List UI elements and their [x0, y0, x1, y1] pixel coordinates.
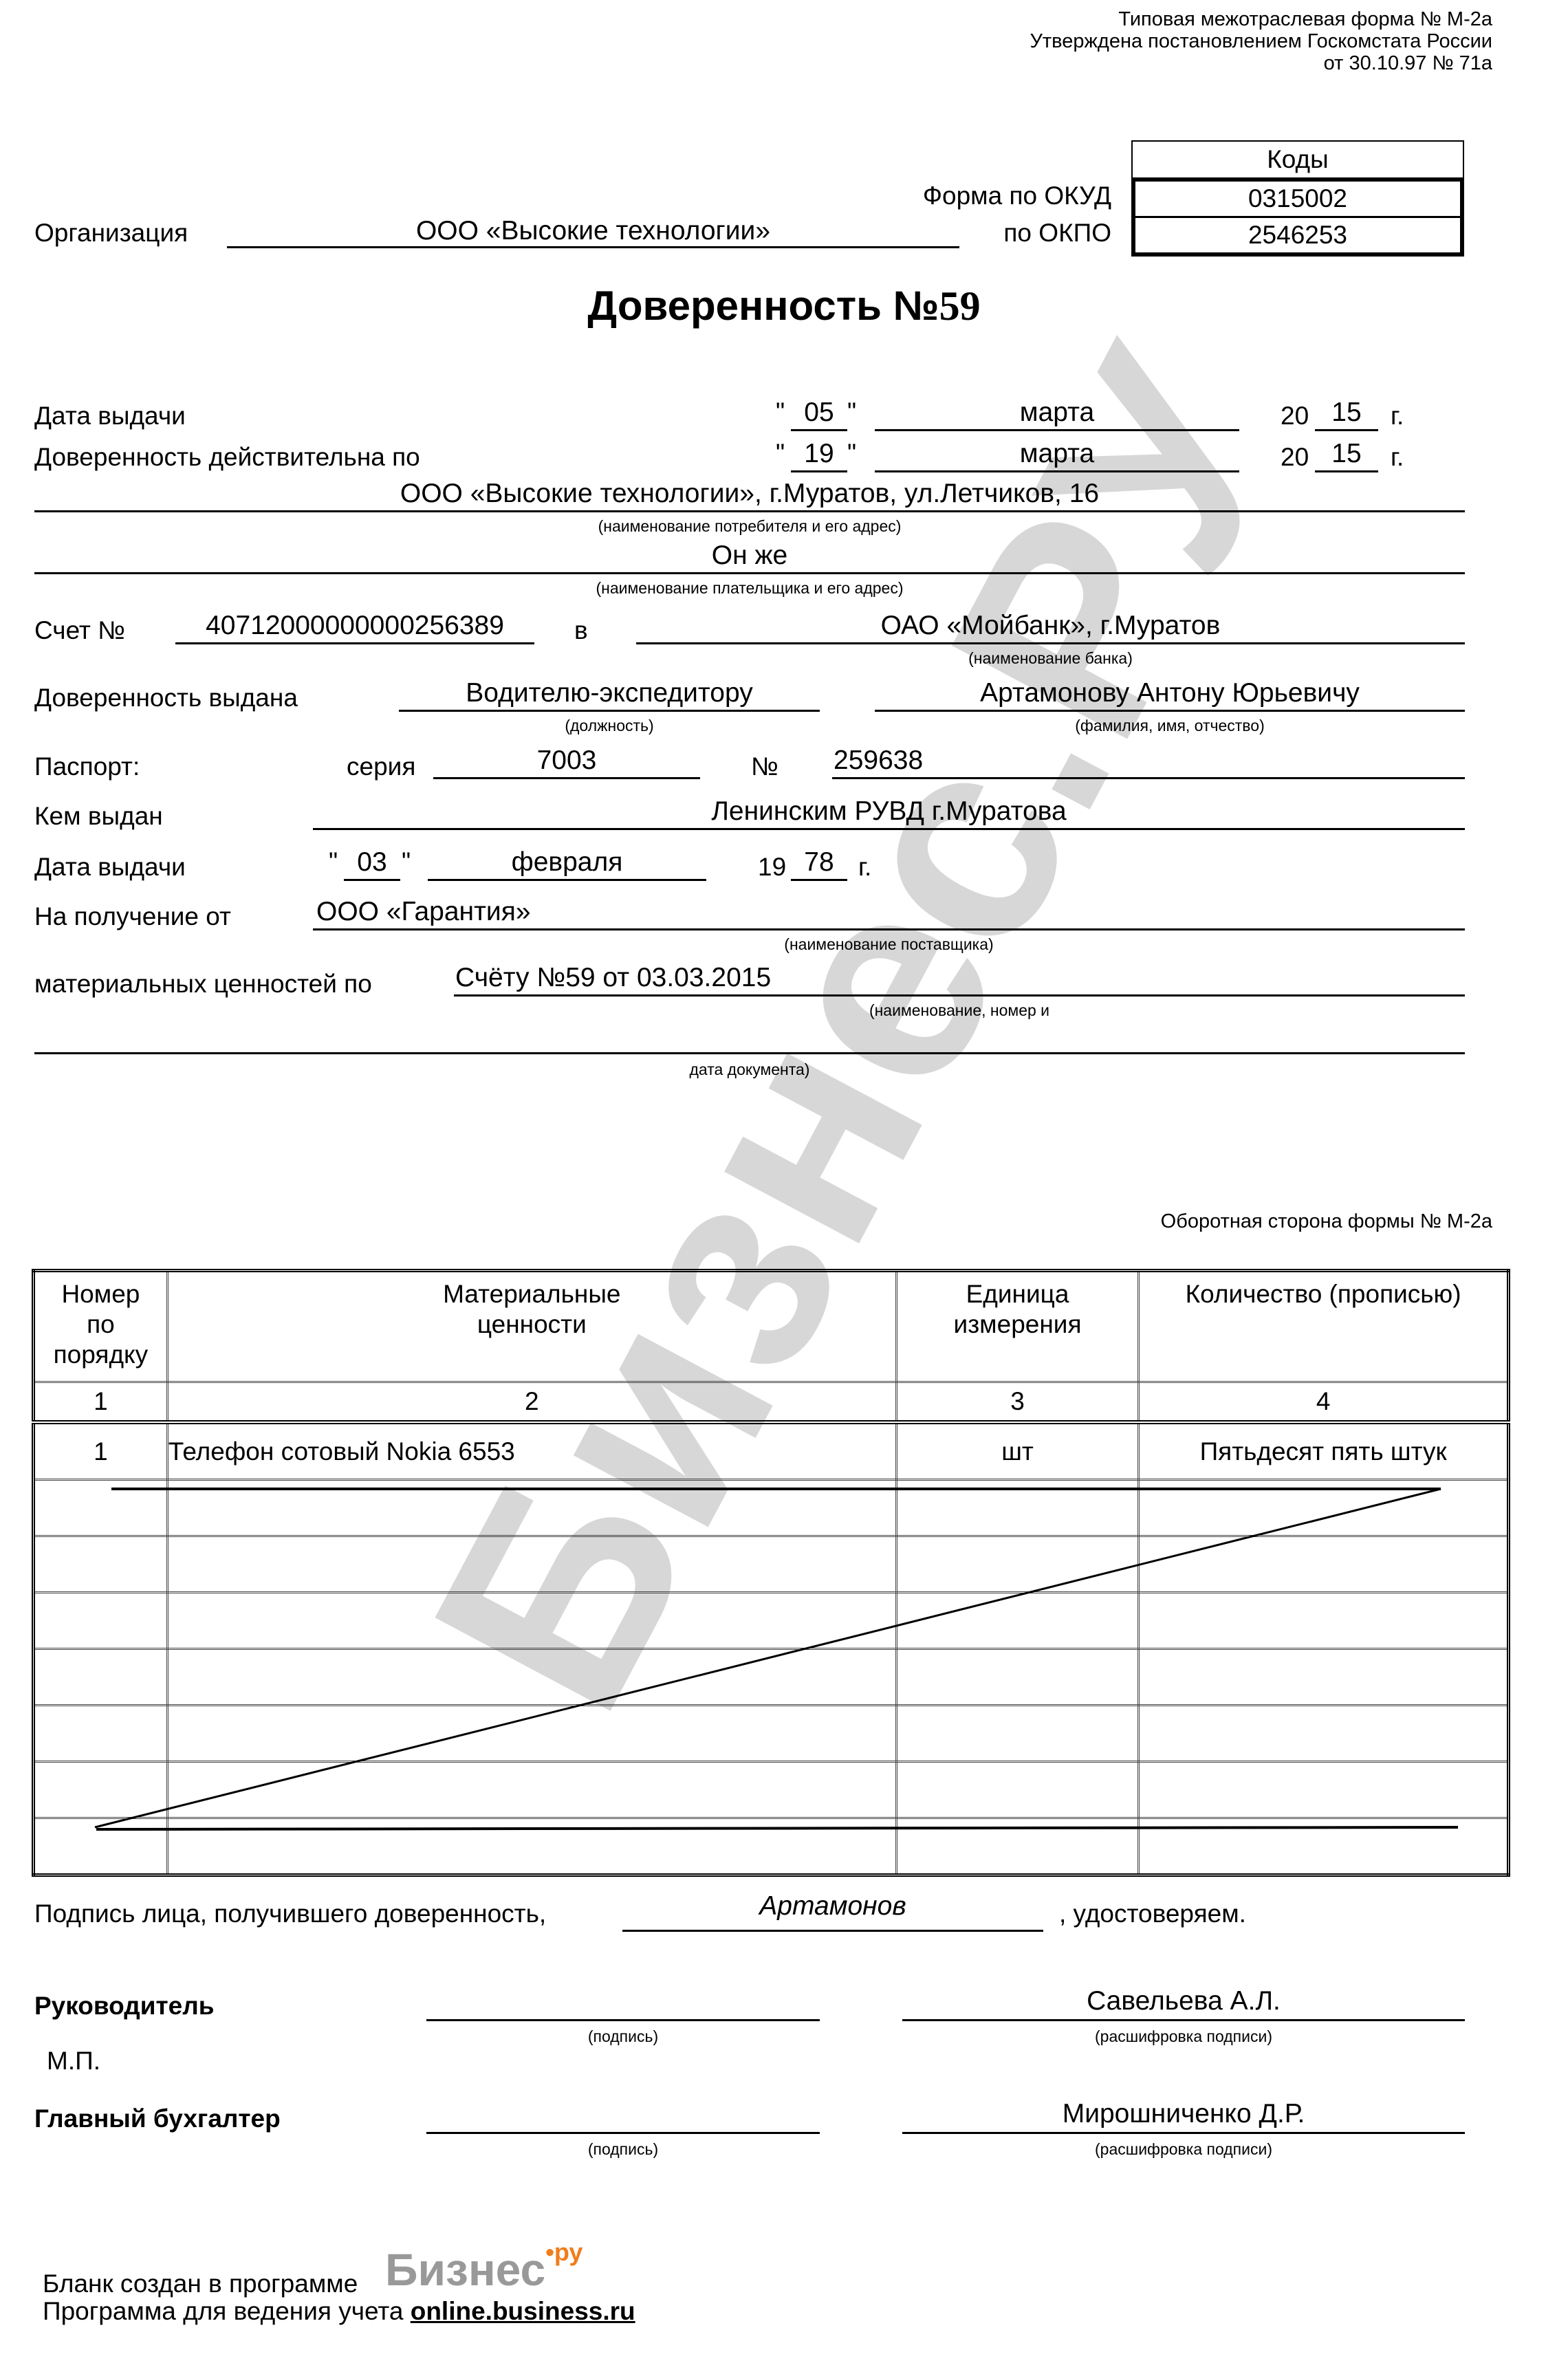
- issued-to-label: Доверенность выдана: [34, 684, 298, 712]
- table-cell: [167, 1818, 896, 1875]
- codes-title: Коды: [1131, 140, 1464, 177]
- table-header-cell: Количество (прописью): [1139, 1271, 1509, 1382]
- passport-year-unit: г.: [858, 853, 871, 882]
- organization-value: ООО «Высокие технологии»: [227, 216, 959, 246]
- certify-text: , удостоверяем.: [1059, 1899, 1246, 1928]
- issue-year: 15: [1315, 398, 1378, 428]
- column-number: 1: [34, 1382, 168, 1423]
- passport-year: 78: [791, 847, 847, 878]
- form-header-line3: от 30.10.97 № 71а: [1324, 52, 1492, 75]
- column-number: 4: [1139, 1382, 1509, 1423]
- table-cell: [167, 1593, 896, 1649]
- basis-underline: [454, 994, 1465, 997]
- issue-year-underline: [1315, 429, 1378, 431]
- table-cell: [1139, 1536, 1509, 1593]
- issued-by-label: Кем выдан: [34, 802, 163, 831]
- valid-day: 19: [791, 439, 847, 469]
- table-cell: Телефон сотовый Nokia 6553: [167, 1422, 896, 1480]
- valid-year-underline: [1315, 470, 1378, 472]
- payer-caption: (наименование плательщика и его адрес): [34, 579, 1465, 598]
- document-title: Доверенность №59: [0, 282, 1568, 330]
- director-name: Савельева А.Л.: [902, 1986, 1465, 2016]
- footer-line2: Программа для ведения учета online.busin…: [43, 2297, 635, 2326]
- consumer-value: ООО «Высокие технологии», г.Муратов, ул.…: [34, 479, 1465, 509]
- basis-label: материальных ценностей по: [34, 970, 372, 999]
- accountant-name-underline: [902, 2132, 1465, 2134]
- issued-by-underline: [313, 828, 1465, 830]
- issue-month: марта: [875, 398, 1239, 428]
- director-label: Руководитель: [34, 1992, 214, 2021]
- valid-year-unit: г.: [1391, 443, 1404, 472]
- table-row: [34, 1593, 1509, 1649]
- organization-label: Организация: [34, 219, 188, 248]
- accountant-name: Мирошниченко Д.Р.: [902, 2099, 1465, 2129]
- table-cell: шт: [896, 1422, 1138, 1480]
- stamp-label: М.П.: [47, 2047, 100, 2076]
- table-cell: [34, 1593, 168, 1649]
- codes-box: Коды 0315002 2546253: [1131, 140, 1464, 257]
- valid-year: 15: [1315, 439, 1378, 469]
- position-underline: [399, 710, 820, 712]
- table-cell: [896, 1536, 1138, 1593]
- recipient-signature: Артамонов: [622, 1891, 1043, 1921]
- table-header-row: НомерпопорядкуМатериальныеценностиЕдиниц…: [34, 1271, 1509, 1382]
- passport-year-underline: [791, 879, 847, 881]
- table-cell: [1139, 1818, 1509, 1875]
- table-row: [34, 1818, 1509, 1875]
- valid-month: марта: [875, 439, 1239, 469]
- recipient-name: Артамонову Антону Юрьевичу: [875, 678, 1465, 708]
- table-cell: [1139, 1706, 1509, 1762]
- passport-year-prefix: 19: [758, 853, 786, 882]
- valid-day-underline: [791, 470, 847, 472]
- payer-underline: [34, 572, 1465, 574]
- table-cell: [1139, 1649, 1509, 1706]
- account-underline: [175, 642, 534, 644]
- table-row: [34, 1480, 1509, 1536]
- table-cell: [896, 1706, 1138, 1762]
- director-signature-line: [426, 2019, 820, 2021]
- table-cell: [34, 1649, 168, 1706]
- table-cell: [34, 1706, 168, 1762]
- account-value: 40712000000000256389: [175, 611, 534, 641]
- okpo-label: по ОКПО: [1003, 219, 1111, 248]
- document-number: 59: [939, 283, 981, 329]
- passport-number-label: №: [751, 752, 778, 781]
- bank-caption: (наименование банка): [636, 649, 1465, 668]
- valid-month-underline: [875, 470, 1239, 472]
- passport-day-underline: [344, 879, 400, 881]
- passport-series-label: серия: [347, 752, 415, 781]
- table-cell: [34, 1536, 168, 1593]
- bank-value: ОАО «Мойбанк», г.Муратов: [636, 611, 1465, 641]
- passport-day: 03: [344, 847, 400, 878]
- valid-year-prefix: 20: [1281, 443, 1309, 472]
- business-ru-logo: Бизнес•ру: [385, 2243, 582, 2296]
- table-cell: [167, 1649, 896, 1706]
- table-cell: [1139, 1762, 1509, 1818]
- issue-day: 05: [791, 398, 847, 428]
- accountant-sign-caption: (подпись): [426, 2140, 820, 2159]
- passport-series-underline: [433, 777, 700, 779]
- supplier-label: На получение от: [34, 902, 231, 931]
- supplier-underline: [313, 928, 1465, 930]
- recipient-signature-label: Подпись лица, получившего доверенность,: [34, 1899, 546, 1928]
- recipient-name-caption: (фамилия, имя, отчество): [875, 717, 1465, 735]
- table-row: [34, 1762, 1509, 1818]
- table-cell: [1139, 1593, 1509, 1649]
- table-cell: [167, 1480, 896, 1536]
- okpo-value: 2546253: [1135, 216, 1460, 252]
- position-value: Водителю-экспедитору: [399, 678, 820, 708]
- table-cell: [34, 1818, 168, 1875]
- column-number: 2: [167, 1382, 896, 1423]
- form-header-line2: Утверждена постановлением Госкомстата Ро…: [1030, 30, 1492, 53]
- table-header-cell: Номерпопорядку: [34, 1271, 168, 1382]
- table-cell: Пятьдесят пять штук: [1139, 1422, 1509, 1480]
- director-sign-caption: (подпись): [426, 2027, 820, 2046]
- director-name-underline: [902, 2019, 1465, 2021]
- issue-day-underline: [791, 429, 847, 431]
- issue-date-label: Дата выдачи: [34, 402, 186, 431]
- basis-value: Счёту №59 от 03.03.2015: [455, 963, 771, 993]
- accountant-label: Главный бухгалтер: [34, 2104, 281, 2133]
- basis-caption-2: дата документа): [34, 1060, 1465, 1079]
- footer-link[interactable]: online.business.ru: [411, 2297, 635, 2325]
- recipient-signature-underline: [622, 1930, 1043, 1932]
- table-cell: [34, 1762, 168, 1818]
- issue-year-prefix: 20: [1281, 402, 1309, 431]
- basis-underline-2: [34, 1052, 1465, 1054]
- table-cell: [896, 1762, 1138, 1818]
- table-row: [34, 1649, 1509, 1706]
- passport-month: февраля: [428, 847, 706, 878]
- organization-underline: [227, 246, 959, 248]
- okud-label: Форма по ОКУД: [923, 182, 1111, 210]
- items-table: НомерпопорядкуМатериальныеценностиЕдиниц…: [32, 1269, 1510, 1877]
- accountant-decode-caption: (расшифровка подписи): [902, 2140, 1465, 2159]
- passport-number: 259638: [834, 745, 923, 776]
- table-cell: [896, 1480, 1138, 1536]
- reverse-side-label: Оборотная сторона формы № М-2а: [1161, 1210, 1492, 1233]
- passport-series: 7003: [433, 745, 700, 776]
- basis-caption-1: (наименование, номер и: [454, 1001, 1465, 1020]
- passport-label: Паспорт:: [34, 752, 140, 781]
- issue-month-underline: [875, 429, 1239, 431]
- table-cell: [1139, 1480, 1509, 1536]
- table-cell: [896, 1818, 1138, 1875]
- table-column-numbers: 1234: [34, 1382, 1509, 1423]
- table-cell: [896, 1593, 1138, 1649]
- supplier-value: ООО «Гарантия»: [316, 897, 531, 927]
- consumer-caption: (наименование потребителя и его адрес): [34, 517, 1465, 536]
- valid-until-label: Доверенность действительна по: [34, 443, 420, 472]
- okud-value: 0315002: [1135, 182, 1460, 216]
- account-in-label: в: [574, 616, 588, 645]
- table-cell: [167, 1762, 896, 1818]
- table-cell: 1: [34, 1422, 168, 1480]
- payer-value: Он же: [34, 541, 1465, 571]
- issue-year-unit: г.: [1391, 402, 1404, 431]
- account-label: Счет №: [34, 616, 125, 645]
- table-header-cell: Единицаизмерения: [896, 1271, 1138, 1382]
- table-cell: [34, 1480, 168, 1536]
- table-row: 1Телефон сотовый Nokia 6553штПятьдесят п…: [34, 1422, 1509, 1480]
- table-cell: [896, 1649, 1138, 1706]
- issued-by-value: Ленинским РУВД г.Муратова: [313, 796, 1465, 827]
- footer-line1: Бланк создан в программе: [43, 2269, 358, 2298]
- form-header-line1: Типовая межотраслевая форма № М-2а: [1118, 8, 1492, 31]
- supplier-caption: (наименование поставщика): [313, 935, 1465, 954]
- consumer-underline: [34, 510, 1465, 512]
- table-header-cell: Материальныеценности: [167, 1271, 896, 1382]
- director-decode-caption: (расшифровка подписи): [902, 2027, 1465, 2046]
- bank-underline: [636, 642, 1465, 644]
- power-of-attorney-form: Типовая межотраслевая форма № М-2а Утвер…: [0, 0, 1568, 2363]
- accountant-signature-line: [426, 2132, 820, 2134]
- table-cell: [167, 1706, 896, 1762]
- passport-number-underline: [832, 777, 1465, 779]
- table-row: [34, 1536, 1509, 1593]
- table-row: [34, 1706, 1509, 1762]
- passport-month-underline: [428, 879, 706, 881]
- column-number: 3: [896, 1382, 1138, 1423]
- table-cell: [167, 1536, 896, 1593]
- recipient-name-underline: [875, 710, 1465, 712]
- passport-date-label: Дата выдачи: [34, 853, 186, 882]
- position-caption: (должность): [399, 717, 820, 735]
